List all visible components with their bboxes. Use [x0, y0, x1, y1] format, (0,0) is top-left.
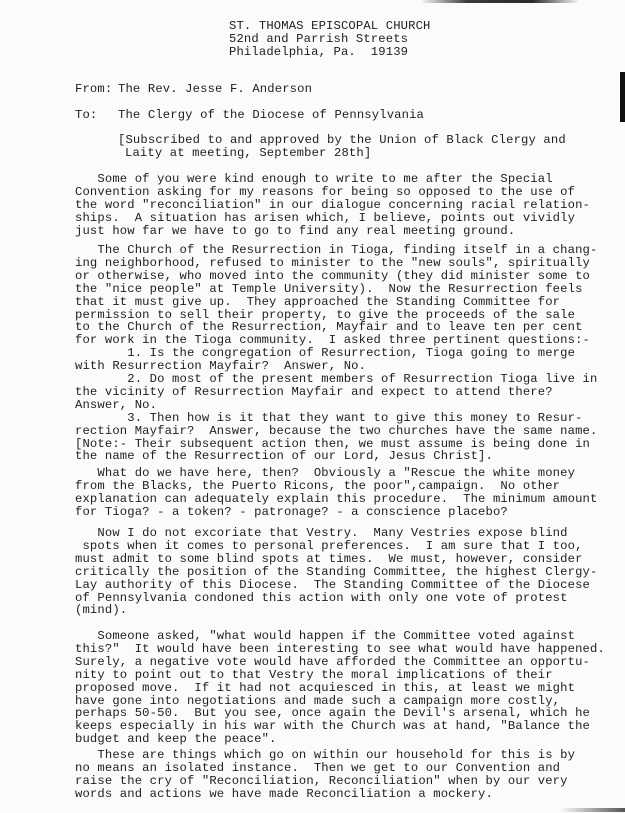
paragraph-line: perhaps 50-50. But you see, once again t… [75, 707, 590, 719]
paragraph-line: from the Blacks, the Puerto Ricons, the … [75, 480, 560, 492]
paragraph-line: explanation can adequately explain this … [75, 493, 597, 505]
paragraph-line: Someone asked, "what would happen if the… [75, 630, 575, 642]
paragraph-line: the vicinity of Resurrection Mayfair and… [75, 386, 553, 398]
paragraph-line: permission to sell their property, to gi… [75, 309, 575, 321]
paragraph-line: the word "reconciliation" in our dialogu… [75, 199, 590, 211]
from-label: From: [75, 83, 112, 95]
paragraph-line: have gone into negotiations and made suc… [75, 695, 560, 707]
paragraph-line: 2. Do most of the present members of Res… [75, 373, 597, 385]
paragraph-line: proposed move. If it had not acquiesced … [75, 682, 575, 694]
paragraph-line: Surely, a negative vote would have affor… [75, 656, 590, 668]
paragraph-line: for work in the Tioga community. I asked… [75, 334, 590, 346]
endorsement-note-line1: [Subscribed to and approved by the Union… [118, 134, 566, 146]
paragraph-line: Now I do not excoriate that Vestry. Many… [75, 527, 568, 539]
paragraph-line: (mind). [75, 604, 127, 616]
paragraph-line: Some of you were kind enough to write to… [75, 173, 553, 185]
paragraph-line: rection Mayfair? Answer, because the two… [75, 425, 597, 437]
paragraph-line: for Tioga? - a token? - patronage? - a c… [75, 506, 508, 518]
from-value: The Rev. Jesse F. Anderson [118, 83, 312, 95]
paragraph-line: critically the position of the Standing … [75, 566, 597, 578]
paragraph-line: to the Church of the Resurrection, Mayfa… [75, 321, 583, 333]
letterhead-church-name: ST. THOMAS EPISCOPAL CHURCH [229, 20, 431, 32]
paragraph-line: ing neighborhood, refused to minister to… [75, 257, 590, 269]
paragraph-line: this?" It would have been interesting to… [75, 643, 605, 655]
paragraph-line: of Pennsylvania condoned this action wit… [75, 592, 568, 604]
paragraph-line: Answer, No. [75, 399, 157, 411]
scan-artifact-right [620, 72, 625, 122]
paragraph-line: no means an isolated instance. Then we g… [75, 762, 560, 774]
letterhead-street: 52nd and Parrish Streets [229, 33, 408, 45]
paragraph-line: or otherwise, who moved into the communi… [75, 270, 590, 282]
paragraph-line: Convention asking for my reasons for bei… [75, 186, 575, 198]
paragraph-line: 3. Then how is it that they want to give… [75, 412, 583, 424]
paragraph-line: Lay authority of this Diocese. The Stand… [75, 579, 590, 591]
paragraph-line: that it must give up. They approached th… [75, 296, 560, 308]
to-value: The Clergy of the Diocese of Pennsylvani… [118, 109, 424, 121]
paragraph-line: spots when it comes to personal preferen… [75, 540, 583, 552]
paragraph-line: words and actions we have made Reconcili… [75, 788, 493, 800]
scan-artifact-top [420, 0, 580, 3]
paragraph-line: must admit to some blind spots at times.… [75, 553, 583, 565]
paragraph-line: the name of the Resurrection of our Lord… [75, 450, 493, 462]
paragraph-line: What do we have here, then? Obviously a … [75, 467, 575, 479]
to-label: To: [75, 109, 97, 121]
paragraph-line: budget and keep the peace". [75, 733, 277, 745]
paragraph-line: the "nice people" at Temple University).… [75, 283, 583, 295]
letterhead-city: Philadelphia, Pa. 19139 [229, 46, 408, 58]
paragraph-line: 1. Is the congregation of Resurrection, … [75, 347, 575, 359]
paragraph-line: [Note:- Their subsequent action then, we… [75, 438, 590, 450]
paragraph-line: keeps especially in his war with the Chu… [75, 720, 590, 732]
endorsement-note-line2: Laity at meeting, September 28th] [125, 147, 371, 159]
letter-page: ST. THOMAS EPISCOPAL CHURCH 52nd and Par… [0, 0, 625, 813]
paragraph-line: These are things which go on within our … [75, 749, 575, 761]
paragraph-line: ships. A situation has arisen which, I b… [75, 212, 575, 224]
paragraph-line: The Church of the Resurrection in Tioga,… [75, 244, 597, 256]
paragraph-line: just how far we have to go to find any r… [75, 225, 515, 237]
scan-artifact-bottom [560, 808, 625, 812]
paragraph-line: nity to point out to that Vestry the mor… [75, 669, 553, 681]
paragraph-line: raise the cry of "Reconciliation, Reconc… [75, 775, 568, 787]
paragraph-line: with Resurrection Mayfair? Answer, No. [75, 360, 366, 372]
